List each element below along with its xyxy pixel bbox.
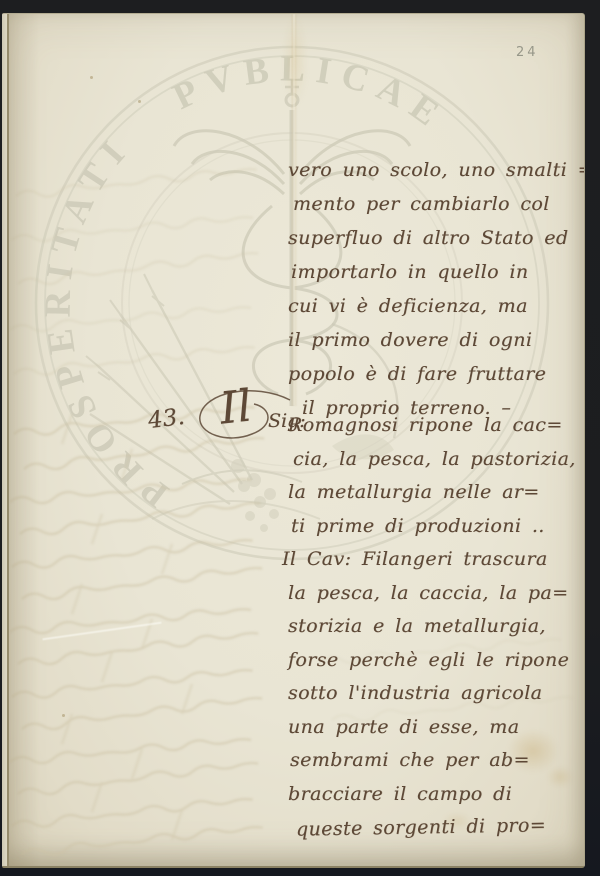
manuscript-line: la pesca, la caccia, la pa= [288,577,585,611]
manuscript-line: Romagnosi ripone la cac= [288,409,585,443]
manuscript-line: cui vi è deficienza, ma [288,289,585,323]
page-number-stamp: 24 [516,45,539,60]
ink-speck [62,714,65,717]
manuscript-line: ti prime di produzioni .. [291,510,585,544]
manuscript-line: bracciare il campo di [288,778,585,812]
manuscript-line: storizia e la metallurgia, [288,610,585,644]
manuscript-line: popolo è di fare fruttare [288,357,585,391]
manuscript-line: superfluo di altro Stato ed [288,221,585,255]
manuscript-page: PROSPERITATI PVBLICAE [2,13,585,868]
manuscript-line: Il Cav: Filangeri trascura [282,543,584,577]
manuscript-line: la metallurgia nelle ar= [288,476,585,510]
heading-initial: Il [217,380,254,434]
manuscript-line: sotto l'industria agricola [288,677,585,711]
paragraph-continuation: vero uno scolo, uno smalti = mento per c… [288,153,585,425]
manuscript-line: mento per cambiarlo col [293,187,585,221]
paper-scratch [42,622,161,641]
book-gutter-page-edges [2,14,9,866]
stain [282,14,308,109]
ink-speck [138,100,141,103]
manuscript-line: vero uno scolo, uno smalti = [288,153,585,187]
ink-speck [90,76,93,79]
entry-43-paragraph: Romagnosi ripone la cac= cia, la pesca, … [288,409,585,845]
manuscript-line: forse perchè egli le ripone [288,644,585,678]
manuscript-line: queste sorgenti di pro= [296,808,585,847]
manuscript-line: una parte di esse, ma [288,711,585,745]
manuscript-line: il primo dovere di ogni [288,323,585,357]
manuscript-line: cia, la pesca, la pastorizia, [293,443,585,477]
margin-entry-number: 43. [147,404,186,434]
manuscript-line: importarlo in quello in [291,255,585,289]
scanned-manuscript-view: PROSPERITATI PVBLICAE [0,0,600,876]
manuscript-line: sembrami che per ab= [290,744,585,778]
gutter-shadow [9,14,39,866]
